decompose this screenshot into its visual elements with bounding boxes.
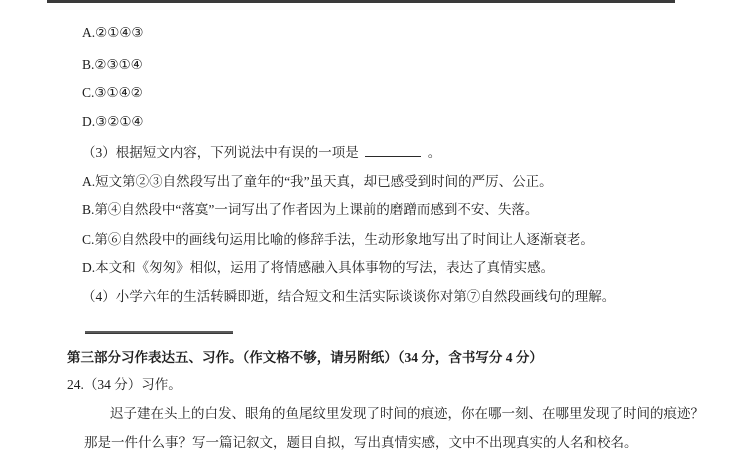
q23-option-c: C.③①④② (82, 83, 143, 103)
q4-stem: （4）小学六年的生活转瞬即逝，结合短文和生活实际谈谈你对第⑦自然段画线句的理解。 (82, 287, 615, 307)
q3-option-d: D.本文和《匆匆》相似，运用了将情感融入具体事物的写法，表达了真情实感。 (82, 258, 554, 278)
q3-stem-period: 。 (428, 145, 442, 160)
section3-heading: 第三部分习作表达五、习作。（作文格不够，请另附纸）（34 分，含书写分 4 分） (67, 348, 543, 368)
q3-stem-text: （3）根据短文内容，下列说法中有误的一项是 (82, 145, 359, 160)
q23-option-a: A.②①④③ (82, 23, 144, 43)
page-top-rule (47, 0, 675, 3)
q3-option-b: B.第④自然段中“落寞”一词写出了作者因为上课前的磨蹭而感到不安、失落。 (82, 200, 538, 220)
q3-answer-blank (365, 142, 421, 157)
q3-option-a: A.短文第②③自然段写出了童年的“我”虽天真，却已感受到时间的严厉、公正。 (82, 172, 553, 192)
q23-option-b: B.②③①④ (82, 55, 143, 75)
q23-option-d: D.③②①④ (82, 112, 144, 132)
q3-option-c: C.第⑥自然段中的画线句运用比喻的修辞手法，生动形象地写出了时间让人逐渐衰老。 (82, 230, 594, 250)
essay-prompt-line2: 那是一件什么事？写一篇记叙文，题目自拟，写出真情实感，文中不出现真实的人名和校名… (84, 433, 638, 453)
q3-stem-row: （3）根据短文内容，下列说法中有误的一项是。 (82, 142, 441, 162)
exam-paper-page: A.②①④③ B.②③①④ C.③①④② D.③②①④ （3）根据短文内容，下列… (0, 0, 744, 462)
essay-prompt-line1: 迟子建在头上的白发、眼角的鱼尾纹里发现了时间的痕迹，你在哪一刻、在哪里发现了时间… (110, 404, 704, 424)
q24-label: 24.（34 分）习作。 (67, 375, 182, 395)
q4-answer-line (85, 331, 233, 334)
